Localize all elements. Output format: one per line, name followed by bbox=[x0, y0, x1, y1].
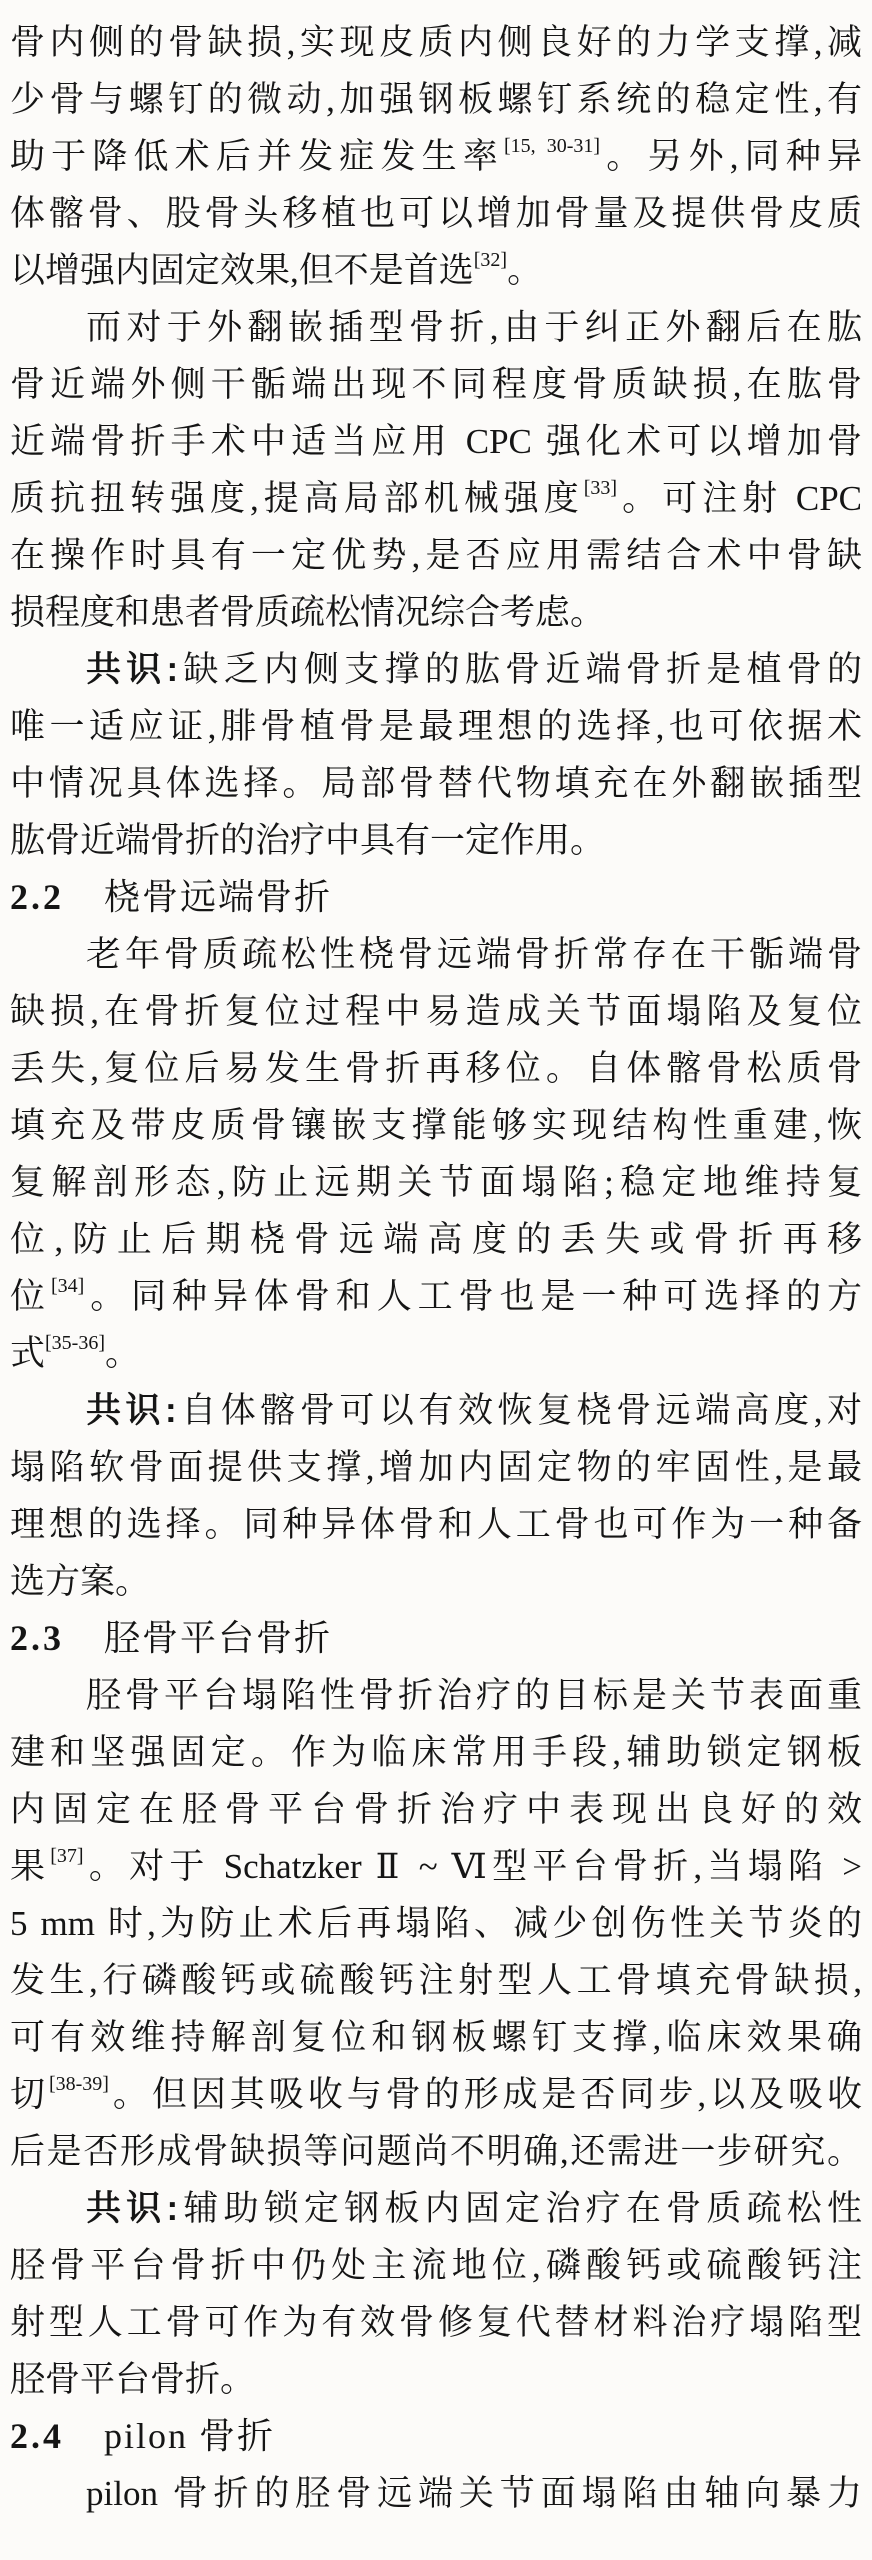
text-run: 。 bbox=[507, 251, 542, 290]
text-run: 后是否形成骨缺损等问题尚不明确,还需进一步研究。 bbox=[10, 2132, 862, 2171]
text-line: pilon 骨折的胫骨远端关节面塌陷由轴向暴力 bbox=[10, 2465, 862, 2522]
text-run: 质抗扭转强度,提高局部机械强度 bbox=[10, 479, 584, 518]
text-line: 胫骨平台骨折。 bbox=[10, 2351, 862, 2408]
text-run: 5 mm 时,为防止术后再塌陷、减少创伤性关节炎的 bbox=[10, 1904, 862, 1943]
text-line: 建和坚强固定。作为临床常用手段,辅助锁定钢板 bbox=[10, 1724, 862, 1781]
text-line: 后是否形成骨缺损等问题尚不明确,还需进一步研究。 bbox=[10, 2123, 862, 2180]
text-line: 损程度和患者骨质疏松情况综合考虑。 bbox=[10, 584, 862, 641]
text-run: 助于降低术后并发症发生率 bbox=[10, 137, 504, 176]
text-run: 。另外,同种异 bbox=[600, 137, 862, 176]
text-line: 塌陷软骨面提供支撑,增加内固定物的牢固性,是最 bbox=[10, 1439, 862, 1496]
text-line: 在操作时具有一定优势,是否应用需结合术中骨缺 bbox=[10, 527, 862, 584]
text-line: 位,防止后期桡骨远端高度的丢失或骨折再移 bbox=[10, 1211, 862, 1268]
text-line: 助于降低术后并发症发生率[15, 30-31]。另外,同种异 bbox=[10, 128, 862, 185]
text-line: 可有效维持解剖复位和钢板螺钉支撑,临床效果确 bbox=[10, 2009, 862, 2066]
text-run: 发生,行磷酸钙或硫酸钙注射型人工骨填充骨缺损, bbox=[10, 1961, 862, 2000]
text-line: 共识:辅助锁定钢板内固定治疗在骨质疏松性 bbox=[10, 2180, 862, 2237]
section-title: 胫骨平台骨折 bbox=[104, 1618, 332, 1658]
citation-superscript: [32] bbox=[474, 249, 507, 271]
text-line: 胫骨平台骨折中仍处主流地位,磷酸钙或硫酸钙注 bbox=[10, 2237, 862, 2294]
text-run: 射型人工骨可作为有效骨修复代替材料治疗塌陷型 bbox=[10, 2303, 862, 2342]
text-line: 射型人工骨可作为有效骨修复代替材料治疗塌陷型 bbox=[10, 2294, 862, 2351]
section-number: 2.3 bbox=[10, 1618, 64, 1658]
text-run: 缺损,在骨折复位过程中易造成关节面塌陷及复位 bbox=[10, 992, 862, 1031]
text-run: 位,防止后期桡骨远端高度的丢失或骨折再移 bbox=[10, 1220, 862, 1259]
text-line: 而对于外翻嵌插型骨折,由于纠正外翻后在肱 bbox=[10, 299, 862, 356]
citation-superscript: [37] bbox=[50, 1845, 83, 1867]
text-line: 质抗扭转强度,提高局部机械强度[33]。可注射 CPC bbox=[10, 470, 862, 527]
citation-superscript: [15, 30-31] bbox=[504, 135, 600, 157]
text-run: 老年骨质疏松性桡骨远端骨折常存在干骺端骨 bbox=[86, 935, 862, 974]
text-run: 损程度和患者骨质疏松情况综合考虑。 bbox=[10, 593, 605, 632]
text-run: 近端骨折手术中适当应用 CPC 强化术可以增加骨 bbox=[10, 422, 862, 461]
text-line: 选方案。 bbox=[10, 1553, 862, 1610]
text-run: 在操作时具有一定优势,是否应用需结合术中骨缺 bbox=[10, 536, 862, 575]
text-run: 少骨与螺钉的微动,加强钢板螺钉系统的稳定性,有 bbox=[10, 80, 862, 119]
section-title: 桡骨远端骨折 bbox=[104, 877, 332, 917]
text-run: 自体髂骨可以有效恢复桡骨远端高度,对 bbox=[177, 1391, 862, 1430]
text-line: 内固定在胫骨平台骨折治疗中表现出良好的效 bbox=[10, 1781, 862, 1838]
citation-superscript: [33] bbox=[584, 477, 617, 499]
text-run: 。对于 Schatzker Ⅱ ~ Ⅵ型平台骨折,当塌陷 > bbox=[84, 1847, 862, 1886]
text-line: 复解剖形态,防止远期关节面塌陷;稳定地维持复 bbox=[10, 1154, 862, 1211]
section-heading: 2.3胫骨平台骨折 bbox=[10, 1610, 862, 1667]
text-run: 塌陷软骨面提供支撑,增加内固定物的牢固性,是最 bbox=[10, 1448, 862, 1487]
text-line: 少骨与螺钉的微动,加强钢板螺钉系统的稳定性,有 bbox=[10, 71, 862, 128]
text-run: 胫骨平台骨折。 bbox=[10, 2360, 255, 2399]
text-line: 5 mm 时,为防止术后再塌陷、减少创伤性关节炎的 bbox=[10, 1895, 862, 1952]
text-run: 复解剖形态,防止远期关节面塌陷;稳定地维持复 bbox=[10, 1163, 862, 1202]
text-run: 位 bbox=[10, 1277, 51, 1316]
text-run: 唯一适应证,腓骨植骨是最理想的选择,也可依据术 bbox=[10, 707, 862, 746]
text-run: 。但因其吸收与骨的形成是否同步,以及吸收 bbox=[109, 2075, 862, 2114]
citation-superscript: [34] bbox=[51, 1275, 84, 1297]
text-line: 胫骨平台塌陷性骨折治疗的目标是关节表面重 bbox=[10, 1667, 862, 1724]
text-line: 理想的选择。同种异体骨和人工骨也可作为一种备 bbox=[10, 1496, 862, 1553]
text-line: 肱骨近端骨折的治疗中具有一定作用。 bbox=[10, 812, 862, 869]
text-line: 共识:自体髂骨可以有效恢复桡骨远端高度,对 bbox=[10, 1382, 862, 1439]
text-line: 骨近端外侧干骺端出现不同程度骨质缺损,在肱骨 bbox=[10, 356, 862, 413]
text-line: 果[37]。对于 Schatzker Ⅱ ~ Ⅵ型平台骨折,当塌陷 > bbox=[10, 1838, 862, 1895]
text-run: 辅助锁定钢板内固定治疗在骨质疏松性 bbox=[178, 2189, 862, 2228]
text-run: 果 bbox=[10, 1847, 50, 1886]
consensus-label: 共识: bbox=[86, 1391, 177, 1430]
text-run: pilon 骨折的胫骨远端关节面塌陷由轴向暴力 bbox=[86, 2474, 862, 2513]
text-line: 丢失,复位后易发生骨折再移位。自体髂骨松质骨 bbox=[10, 1040, 862, 1097]
text-run: 胫骨平台塌陷性骨折治疗的目标是关节表面重 bbox=[86, 1676, 862, 1715]
text-run: 而对于外翻嵌插型骨折,由于纠正外翻后在肱 bbox=[86, 308, 862, 347]
citation-superscript: [38-39] bbox=[49, 2073, 109, 2095]
document-body: 骨内侧的骨缺损,实现皮质内侧良好的力学支撑,减少骨与螺钉的微动,加强钢板螺钉系统… bbox=[10, 14, 862, 2522]
text-line: 发生,行磷酸钙或硫酸钙注射型人工骨填充骨缺损, bbox=[10, 1952, 862, 2009]
consensus-label: 共识: bbox=[86, 2189, 178, 2228]
text-run: 胫骨平台骨折中仍处主流地位,磷酸钙或硫酸钙注 bbox=[10, 2246, 862, 2285]
text-run: 缺乏内侧支撑的肱骨近端骨折是植骨的 bbox=[178, 650, 862, 689]
text-run: 骨近端外侧干骺端出现不同程度骨质缺损,在肱骨 bbox=[10, 365, 862, 404]
text-line: 唯一适应证,腓骨植骨是最理想的选择,也可依据术 bbox=[10, 698, 862, 755]
text-line: 位[34]。同种异体骨和人工骨也是一种可选择的方 bbox=[10, 1268, 862, 1325]
consensus-label: 共识: bbox=[86, 650, 178, 689]
text-run: 以增强内固定效果,但不是首选 bbox=[10, 251, 474, 290]
text-line: 切[38-39]。但因其吸收与骨的形成是否同步,以及吸收 bbox=[10, 2066, 862, 2123]
text-run: 切 bbox=[10, 2075, 49, 2114]
section-heading: 2.4pilon 骨折 bbox=[10, 2408, 862, 2465]
section-heading: 2.2桡骨远端骨折 bbox=[10, 869, 862, 926]
citation-superscript: [35-36] bbox=[45, 1332, 105, 1354]
text-run: 。 bbox=[105, 1334, 140, 1373]
text-line: 近端骨折手术中适当应用 CPC 强化术可以增加骨 bbox=[10, 413, 862, 470]
text-run: 内固定在胫骨平台骨折治疗中表现出良好的效 bbox=[10, 1790, 862, 1829]
text-run: 中情况具体选择。局部骨替代物填充在外翻嵌插型 bbox=[10, 764, 862, 803]
text-line: 体髂骨、股骨头移植也可以增加骨量及提供骨皮质 bbox=[10, 185, 862, 242]
text-run: 式 bbox=[10, 1334, 45, 1373]
text-run: 理想的选择。同种异体骨和人工骨也可作为一种备 bbox=[10, 1505, 862, 1544]
text-run: 可有效维持解剖复位和钢板螺钉支撑,临床效果确 bbox=[10, 2018, 862, 2057]
text-line: 缺损,在骨折复位过程中易造成关节面塌陷及复位 bbox=[10, 983, 862, 1040]
text-run: 体髂骨、股骨头移植也可以增加骨量及提供骨皮质 bbox=[10, 194, 862, 233]
text-line: 式[35-36]。 bbox=[10, 1325, 862, 1382]
section-title: pilon 骨折 bbox=[104, 2416, 275, 2456]
text-line: 以增强内固定效果,但不是首选[32]。 bbox=[10, 242, 862, 299]
text-run: 丢失,复位后易发生骨折再移位。自体髂骨松质骨 bbox=[10, 1049, 862, 1088]
text-line: 骨内侧的骨缺损,实现皮质内侧良好的力学支撑,减 bbox=[10, 14, 862, 71]
text-run: 肱骨近端骨折的治疗中具有一定作用。 bbox=[10, 821, 605, 860]
text-run: 。可注射 CPC bbox=[617, 479, 862, 518]
text-line: 填充及带皮质骨镶嵌支撑能够实现结构性重建,恢 bbox=[10, 1097, 862, 1154]
text-line: 老年骨质疏松性桡骨远端骨折常存在干骺端骨 bbox=[10, 926, 862, 983]
text-run: 骨内侧的骨缺损,实现皮质内侧良好的力学支撑,减 bbox=[10, 23, 862, 62]
text-run: 填充及带皮质骨镶嵌支撑能够实现结构性重建,恢 bbox=[10, 1106, 862, 1145]
section-number: 2.4 bbox=[10, 2416, 64, 2456]
section-number: 2.2 bbox=[10, 877, 64, 917]
text-line: 共识:缺乏内侧支撑的肱骨近端骨折是植骨的 bbox=[10, 641, 862, 698]
paper-page: 骨内侧的骨缺损,实现皮质内侧良好的力学支撑,减少骨与螺钉的微动,加强钢板螺钉系统… bbox=[0, 0, 872, 2560]
text-run: 建和坚强固定。作为临床常用手段,辅助锁定钢板 bbox=[10, 1733, 862, 1772]
text-line: 中情况具体选择。局部骨替代物填充在外翻嵌插型 bbox=[10, 755, 862, 812]
text-run: 。同种异体骨和人工骨也是一种可选择的方 bbox=[84, 1277, 862, 1316]
text-run: 选方案。 bbox=[10, 1562, 150, 1601]
